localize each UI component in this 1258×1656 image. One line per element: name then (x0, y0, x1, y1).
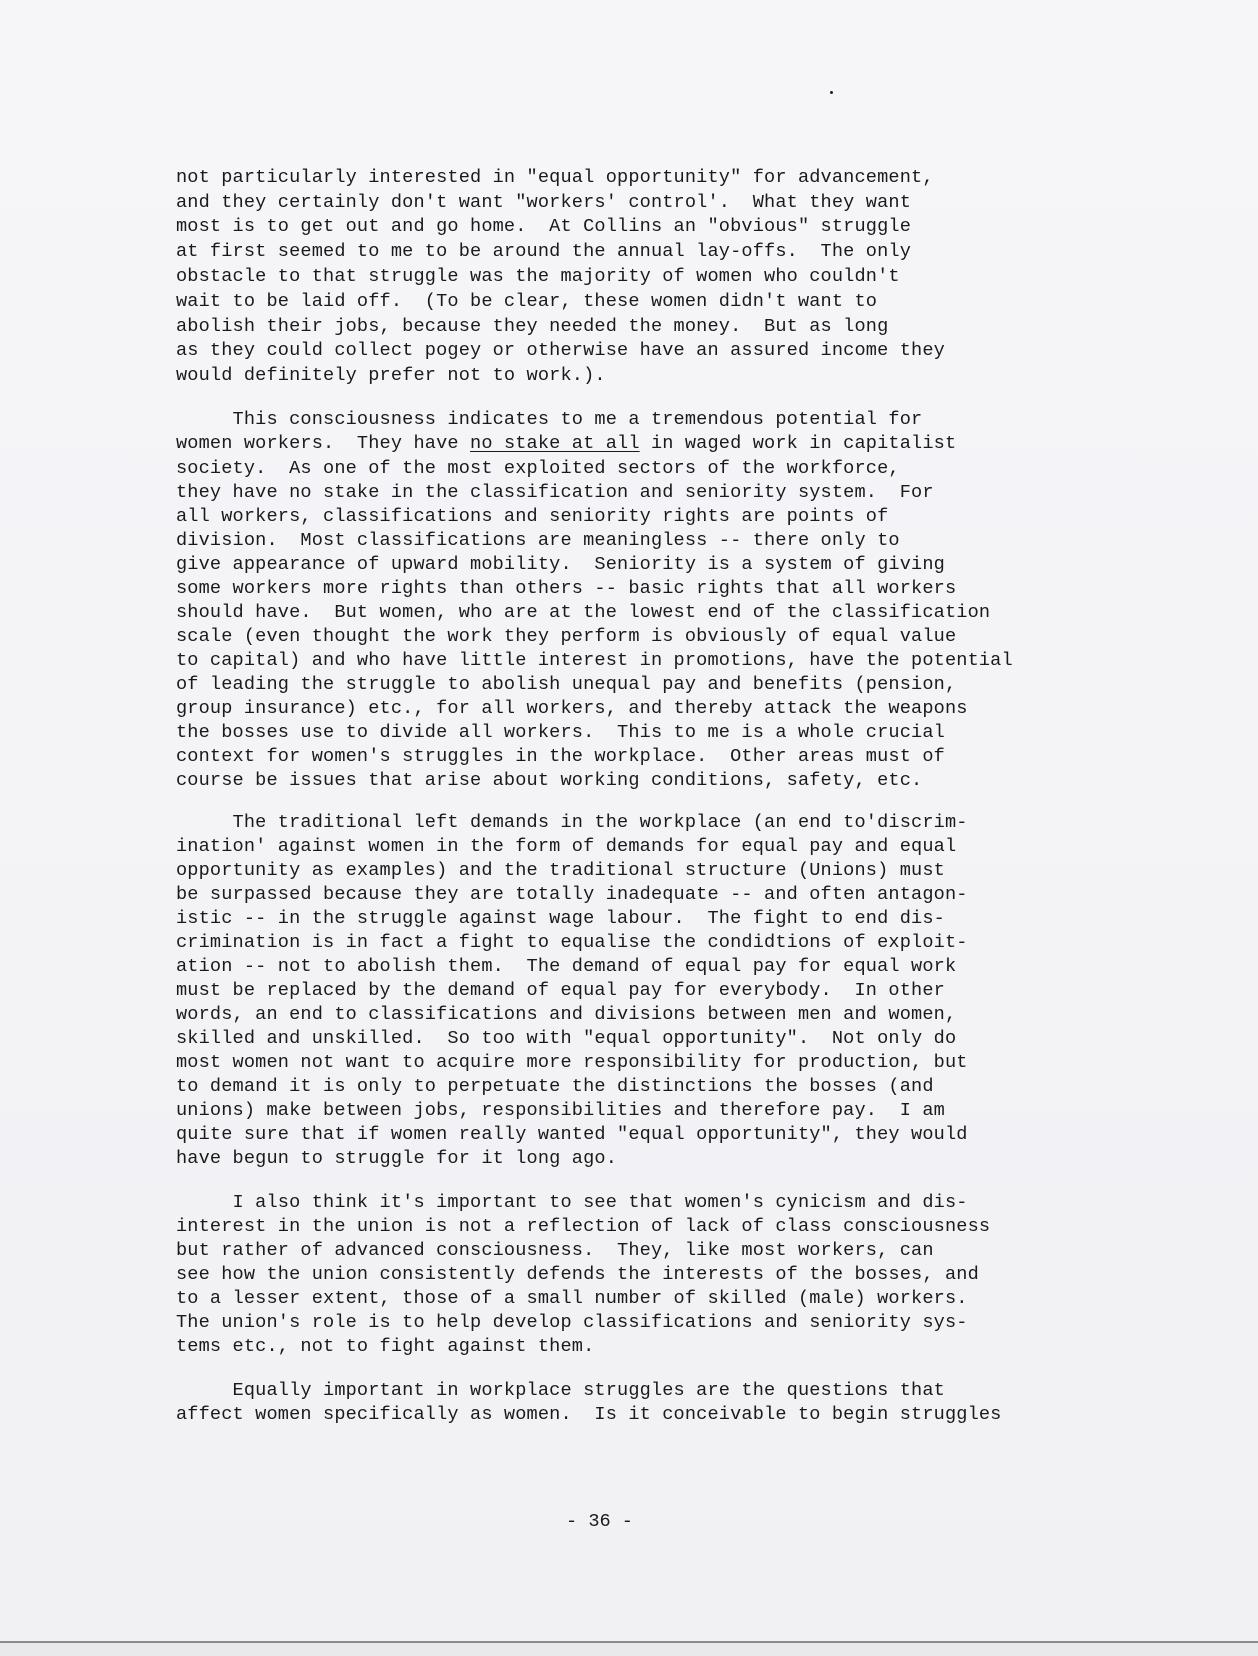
text-line: affect women specifically as women. Is i… (176, 1403, 1002, 1427)
text-line: most women not want to acquire more resp… (176, 1051, 968, 1075)
text-line: as they could collect pogey or otherwise… (176, 339, 945, 363)
text-line: I also think it's important to see that … (176, 1191, 968, 1215)
text-line: all workers, classifications and seniori… (176, 505, 888, 529)
text-line: must be replaced by the demand of equal … (176, 979, 945, 1003)
text-line: Equally important in workplace struggles… (176, 1379, 945, 1403)
text-line: group insurance) etc., for all workers, … (176, 697, 968, 721)
text-line: see how the union consistently defends t… (176, 1263, 979, 1287)
text-line: wait to be laid off. (To be clear, these… (176, 290, 877, 314)
text-line: tems etc., not to fight against them. (176, 1335, 594, 1359)
scanner-edge (0, 1643, 1258, 1656)
scan-speck (830, 91, 833, 94)
text-line: some workers more rights than others -- … (176, 577, 956, 601)
text-line: istic -- in the struggle against wage la… (176, 907, 945, 931)
text-line: to a lesser extent, those of a small num… (176, 1287, 968, 1311)
text-line: to capital) and who have little interest… (176, 649, 1013, 673)
underlined-emphasis: no stake at all (470, 433, 640, 454)
text-line: the bosses use to divide all workers. Th… (176, 721, 945, 745)
text-line: to demand it is only to perpetuate the d… (176, 1075, 934, 1099)
text-line: but rather of advanced consciousness. Th… (176, 1239, 934, 1263)
text-line: should have. But women, who are at the l… (176, 601, 990, 625)
text-span: women workers. They have (176, 433, 470, 454)
text-line: interest in the union is not a reflectio… (176, 1215, 990, 1239)
page-number: - 36 - (566, 1511, 633, 1532)
text-line: be surpassed because they are totally in… (176, 883, 968, 907)
text-line: The union's role is to help develop clas… (176, 1311, 968, 1335)
text-line: society. As one of the most exploited se… (176, 457, 900, 481)
text-line: would definitely prefer not to work.). (176, 364, 606, 388)
text-line: give appearance of upward mobility. Seni… (176, 553, 945, 577)
scanned-page: not particularly interested in "equal op… (0, 0, 1258, 1643)
text-line: crimination is in fact a fight to equali… (176, 931, 968, 955)
text-line: women workers. They have no stake at all… (176, 432, 956, 456)
text-line: abolish their jobs, because they needed … (176, 315, 888, 339)
text-line: of leading the struggle to abolish unequ… (176, 673, 956, 697)
text-line: and they certainly don't want "workers' … (176, 191, 911, 215)
text-line: division. Most classifications are meani… (176, 529, 900, 553)
text-line: unions) make between jobs, responsibilit… (176, 1099, 945, 1123)
text-line: ination' against women in the form of de… (176, 835, 956, 859)
text-line: words, an end to classifications and div… (176, 1003, 956, 1027)
text-span: in waged work in capitalist (640, 433, 957, 454)
text-line: at first seemed to me to be around the a… (176, 240, 911, 264)
text-line: ation -- not to abolish them. The demand… (176, 955, 956, 979)
text-line: obstacle to that struggle was the majori… (176, 265, 900, 289)
text-line: course be issues that arise about workin… (176, 769, 922, 793)
text-line: most is to get out and go home. At Colli… (176, 215, 911, 239)
text-line: quite sure that if women really wanted "… (176, 1123, 968, 1147)
text-line: skilled and unskilled. So too with "equa… (176, 1027, 956, 1051)
text-line: have begun to struggle for it long ago. (176, 1147, 617, 1171)
text-line: context for women's struggles in the wor… (176, 745, 945, 769)
text-line: not particularly interested in "equal op… (176, 166, 934, 190)
text-line: The traditional left demands in the work… (176, 811, 968, 835)
text-line: scale (even thought the work they perfor… (176, 625, 956, 649)
text-line: This consciousness indicates to me a tre… (176, 408, 922, 432)
text-line: opportunity as examples) and the traditi… (176, 859, 945, 883)
text-line: they have no stake in the classification… (176, 481, 934, 505)
